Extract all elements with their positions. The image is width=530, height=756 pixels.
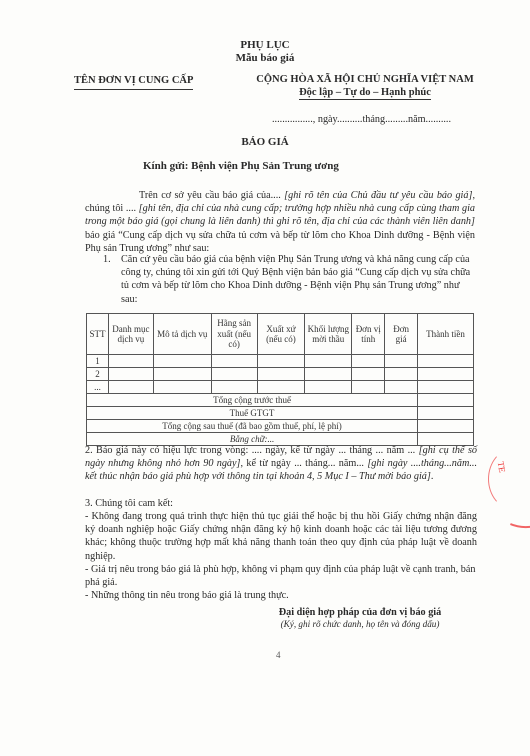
total-row: Tổng cộng sau thuế (đã bao gồm thuế, phí…: [87, 420, 474, 433]
col-manufacturer: Hãng sản xuất (nếu có): [211, 314, 257, 355]
page-number: 4: [276, 650, 281, 660]
item1-text: Căn cứ yêu cầu báo giá của bệnh viện Phụ…: [121, 253, 475, 306]
stamp-text: TE: [496, 461, 508, 474]
date-line: ................, ngày..........tháng...…: [272, 113, 451, 126]
item1-number: 1.: [103, 253, 121, 266]
col-stt: STT: [87, 314, 109, 355]
intro-paragraph: Trên cơ sở yêu cầu báo giá của.... [ghi …: [85, 189, 475, 255]
nation-header: CỘNG HÒA XÃ HỘI CHỦ NGHĨA VIỆT NAM Độc l…: [240, 73, 490, 100]
signature-note: (Ký, ghi rõ chức danh, họ tên và đóng dấ…: [260, 619, 460, 629]
col-service-desc: Mô tả dịch vụ: [153, 314, 211, 355]
subtotal-row: Tổng cộng trước thuế: [87, 394, 474, 407]
appendix-subtitle: Mẫu báo giá: [200, 52, 330, 65]
vat-row: Thuế GTGT: [87, 407, 474, 420]
commitment-3: - Những thông tin nêu trong báo giá là t…: [85, 589, 477, 602]
col-unit: Đơn vị tính: [352, 314, 385, 355]
nation-name: CỘNG HÒA XÃ HỘI CHỦ NGHĨA VIỆT NAM: [240, 73, 490, 86]
col-origin: Xuất xứ (nếu có): [257, 314, 305, 355]
col-unit-price: Đơn giá: [385, 314, 418, 355]
item3-title: 3. Chúng tôi cam kết:: [85, 497, 477, 510]
quote-table: STT Danh mục dịch vụ Mô tả dịch vụ Hãng …: [86, 313, 474, 446]
quote-title: BÁO GIÁ: [200, 136, 330, 149]
table-row: 1: [87, 355, 474, 368]
table-header-row: STT Danh mục dịch vụ Mô tả dịch vụ Hãng …: [87, 314, 474, 355]
item2-paragraph: 2. Báo giá này có hiệu lực trong vòng: .…: [85, 444, 477, 484]
table-row: ...: [87, 381, 474, 394]
col-service-list: Danh mục dịch vụ: [108, 314, 153, 355]
commitment-2: - Giá trị nêu trong báo giá là phù hợp, …: [85, 563, 477, 589]
supplier-name-label: TÊN ĐƠN VỊ CUNG CẤP: [74, 75, 193, 90]
recipient-line: Kính gửi: Bệnh viện Phụ Sản Trung ương: [143, 160, 339, 173]
signature-title: Đại diện hợp pháp của đơn vị báo giá: [260, 606, 460, 619]
appendix-title: PHỤ LỤC: [200, 39, 330, 52]
commitment-1: - Không đang trong quá trình thực hiện t…: [85, 510, 477, 563]
table-row: 2: [87, 368, 474, 381]
nation-motto: Độc lập – Tự do – Hạnh phúc: [299, 86, 431, 100]
col-total: Thành tiền: [418, 314, 474, 355]
col-quantity: Khối lượng mời thầu: [305, 314, 352, 355]
